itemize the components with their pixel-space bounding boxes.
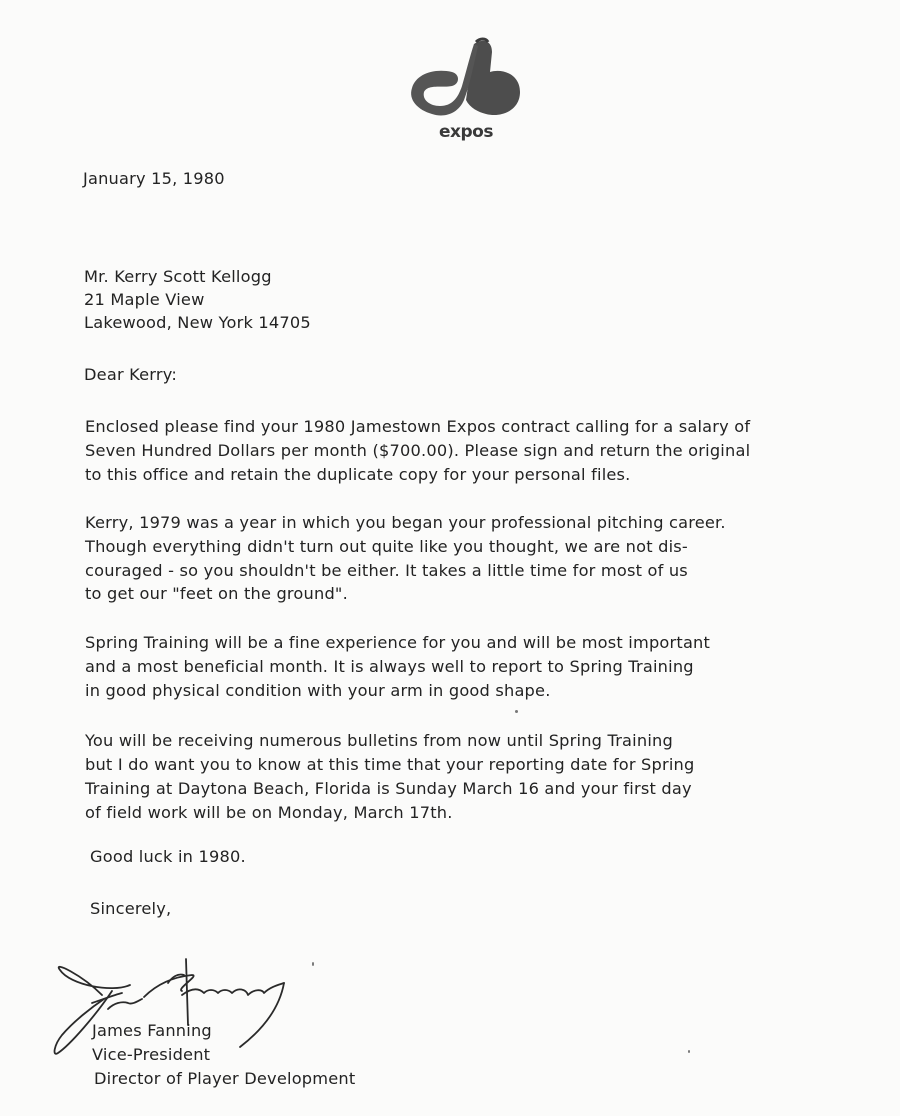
recipient-street: 21 Maple View xyxy=(84,289,205,311)
paragraph-line: Kerry, 1979 was a year in which you bega… xyxy=(85,512,726,534)
letter-date: January 15, 1980 xyxy=(83,168,225,190)
paragraph-line: to this office and retain the duplicate … xyxy=(85,464,631,486)
letter-page: expos January 15, 1980 Mr. Kerry Scott K… xyxy=(0,0,900,1116)
paragraph-line: in good physical condition with your arm… xyxy=(85,680,551,702)
paragraph-line: Spring Training will be a fine experienc… xyxy=(85,632,710,654)
valediction: Sincerely, xyxy=(90,898,171,920)
paragraph-line: and a most beneficial month. It is alway… xyxy=(85,656,694,678)
signer-name: James Fanning xyxy=(92,1020,212,1042)
signer-title: Vice-President xyxy=(92,1044,210,1066)
scan-speck xyxy=(515,710,518,713)
signer-department: Director of Player Development xyxy=(94,1068,355,1090)
closing-wish: Good luck in 1980. xyxy=(90,846,246,868)
scan-speck xyxy=(688,1050,690,1053)
scan-speck xyxy=(312,962,314,966)
recipient-city: Lakewood, New York 14705 xyxy=(84,312,311,334)
paragraph-line: couraged - so you shouldn't be either. I… xyxy=(85,560,688,582)
paragraph-line: to get our "feet on the ground". xyxy=(85,583,348,605)
paragraph-line: You will be receiving numerous bulletins… xyxy=(85,730,673,752)
salutation: Dear Kerry: xyxy=(84,364,177,386)
paragraph-line: Enclosed please find your 1980 Jamestown… xyxy=(85,416,750,438)
recipient-name: Mr. Kerry Scott Kellogg xyxy=(84,266,272,288)
paragraph-line: Though everything didn't turn out quite … xyxy=(85,536,688,558)
paragraph-line: but I do want you to know at this time t… xyxy=(85,754,694,776)
paragraph-line: of field work will be on Monday, March 1… xyxy=(85,802,453,824)
paragraph-line: Training at Daytona Beach, Florida is Su… xyxy=(85,778,692,800)
paragraph-line: Seven Hundred Dollars per month ($700.00… xyxy=(85,440,750,462)
expos-wordmark: expos xyxy=(430,122,502,142)
